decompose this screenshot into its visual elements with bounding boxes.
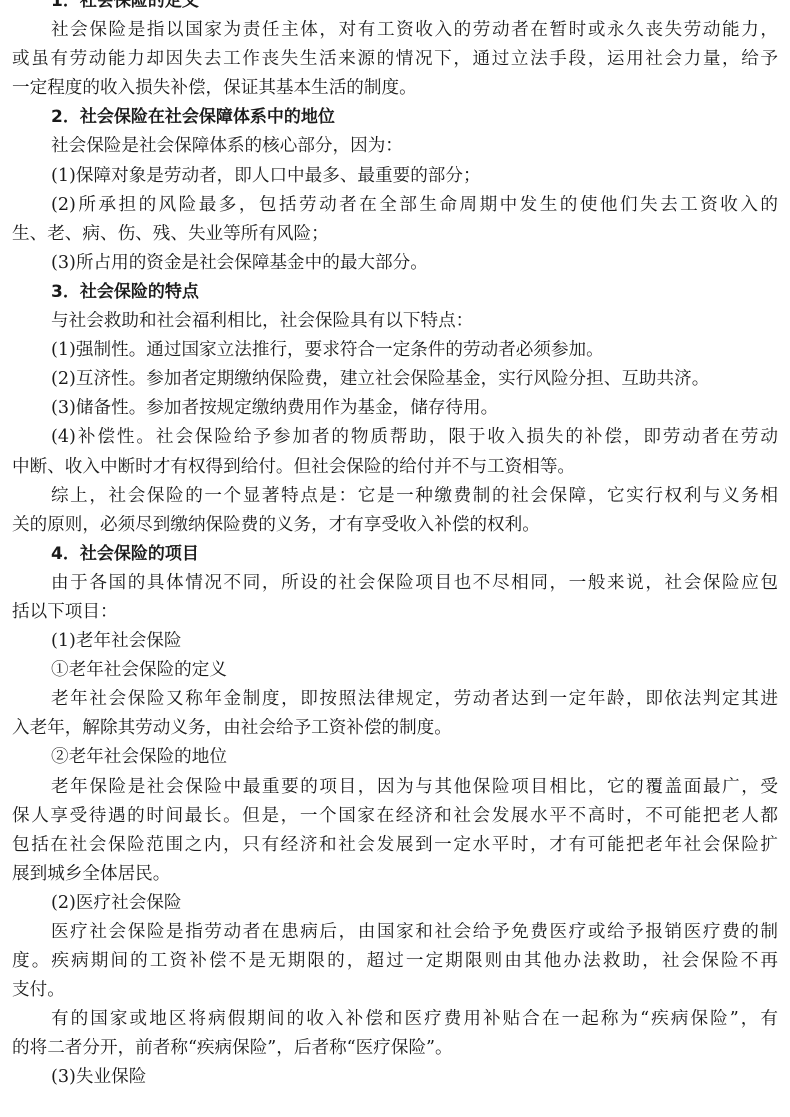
text-line: 与社会救助和社会福利相比，社会保险具有以下特点： [0,307,790,336]
paragraph-line: 度。疾病期间的工资补偿不是无期限的，超过一定期限则由其他办法救助，社会保险不再 [0,947,790,976]
paragraph-line: 入老年，解除其劳动义务，由社会给予工资补偿的制度。 [0,714,790,743]
text-line: (3)所占用的资金是社会保障基金中的最大部分。 [0,249,790,278]
paragraph-line: (2)所承担的风险最多，包括劳动者在全部生命周期中发生的使他们失去工资收入的 [0,191,790,220]
text-line: (3)储备性。参加者按规定缴纳费用作为基金，储存待用。 [0,394,790,423]
paragraph-line: 的将二者分开，前者称“疾病保险”，后者称“医疗保险”。 [0,1034,790,1063]
paragraph-line: 一定程度的收入损失补偿，保证其基本生活的制度。 [0,74,790,103]
text-line: 社会保险是指以国家为责任主体，对有工资收入的劳动者在暂时或永久丧失劳动能力， [0,16,790,45]
paragraph-line: 括以下项目： [0,598,790,627]
text-line: 有的国家或地区将病假期间的收入补偿和医疗费用补贴合在一起称为“疾病保险”，有 [0,1005,790,1034]
subheading-line: ①老年社会保险的定义 [0,656,790,685]
subheading-line: (1)老年社会保险 [0,627,790,656]
text-line: (2)互济性。参加者定期缴纳保险费，建立社会保险基金，实行风险分担、互助共济。 [0,365,790,394]
section-heading: 4．社会保险的项目 [0,540,790,569]
paragraph-line: (1)保障对象是劳动者，即人口中最多、最重要的部分； [0,162,790,191]
paragraph-line: 与社会救助和社会福利相比，社会保险具有以下特点： [0,307,790,336]
text-line: ①老年社会保险的定义 [0,656,790,685]
paragraph-line: (2)互济性。参加者定期缴纳保险费，建立社会保险基金，实行风险分担、互助共济。 [0,365,790,394]
text-line: (1)保障对象是劳动者，即人口中最多、最重要的部分； [0,162,790,191]
text-line: (1)老年社会保险 [0,627,790,656]
paragraph-line: (4)补偿性。社会保险给予参加者的物质帮助，限于收入损失的补偿，即劳动者在劳动 [0,423,790,452]
text-line: (3)失业保险 [0,1063,790,1092]
paragraph-line: 或虽有劳动能力却因失去工作丧失生活来源的情况下，通过立法手段，运用社会力量，给予 [0,45,790,74]
paragraph-line: 生、老、病、伤、残、失业等所有风险； [0,220,790,249]
text-line: 一定程度的收入损失补偿，保证其基本生活的制度。 [0,74,790,103]
text-line: 由于各国的具体情况不同，所设的社会保险项目也不尽相同，一般来说，社会保险应包 [0,569,790,598]
text-line: 社会保险是社会保障体系的核心部分，因为： [0,132,790,161]
paragraph-line: 展到城乡全体居民。 [0,860,790,889]
text-line: (4)补偿性。社会保险给予参加者的物质帮助，限于收入损失的补偿，即劳动者在劳动 [0,423,790,452]
section-heading: 1．社会保险的定义 [0,0,790,16]
text-line: ②老年社会保险的地位 [0,743,790,772]
paragraph-line: 综上，社会保险的一个显著特点是：它是一种缴费制的社会保障，它实行权利与义务相 [0,482,790,511]
paragraph-line: 中断、收入中断时才有权得到给付。但社会保险的给付并不与工资相等。 [0,453,790,482]
text-line: 入老年，解除其劳动义务，由社会给予工资补偿的制度。 [0,714,790,743]
document-page: 1．社会保险的定义 社会保险是指以国家为责任主体，对有工资收入的劳动者在暂时或永… [0,0,790,1093]
paragraph-line: (3)所占用的资金是社会保障基金中的最大部分。 [0,249,790,278]
paragraph-line: 老年社会保险又称年金制度，即按照法律规定，劳动者达到一定年龄，即依法判定其进 [0,685,790,714]
section-heading: 3．社会保险的特点 [0,278,790,307]
subheading-line: ②老年社会保险的地位 [0,743,790,772]
section-heading: 2．社会保险在社会保障体系中的地位 [0,103,790,132]
paragraph-line: 老年保险是社会保险中最重要的项目，因为与其他保险项目相比，它的覆盖面最广，受 [0,773,790,802]
paragraph-line: 医疗社会保险是指劳动者在患病后，由国家和社会给予免费医疗或给予报销医疗费的制 [0,918,790,947]
text-line: (2)所承担的风险最多，包括劳动者在全部生命周期中发生的使他们失去工资收入的 [0,191,790,220]
paragraph-line: 关的原则，必须尽到缴纳保险费的义务，才有享受收入补偿的权利。 [0,511,790,540]
paragraph-line: (1)强制性。通过国家立法推行，要求符合一定条件的劳动者必须参加。 [0,336,790,365]
text-line: 生、老、病、伤、残、失业等所有风险； [0,220,790,249]
paragraph-line: 社会保险是社会保障体系的核心部分，因为： [0,132,790,161]
paragraph-line: 支付。 [0,976,790,1005]
subheading-line: (2)医疗社会保险 [0,889,790,918]
text-line: 综上，社会保险的一个显著特点是：它是一种缴费制的社会保障，它实行权利与义务相 [0,482,790,511]
subheading-line: (3)失业保险 [0,1063,790,1092]
text-line: 医疗社会保险是指劳动者在患病后，由国家和社会给予免费医疗或给予报销医疗费的制 [0,918,790,947]
paragraph-line: 有的国家或地区将病假期间的收入补偿和医疗费用补贴合在一起称为“疾病保险”，有 [0,1005,790,1034]
text-line: 支付。 [0,976,790,1005]
text-line: (2)医疗社会保险 [0,889,790,918]
text-line: 展到城乡全体居民。 [0,860,790,889]
paragraph-line: 社会保险是指以国家为责任主体，对有工资收入的劳动者在暂时或永久丧失劳动能力， [0,16,790,45]
text-line: (1)强制性。通过国家立法推行，要求符合一定条件的劳动者必须参加。 [0,336,790,365]
text-line: 度。疾病期间的工资补偿不是无期限的，超过一定期限则由其他办法救助，社会保险不再 [0,947,790,976]
text-line: 或虽有劳动能力却因失去工作丧失生活来源的情况下，通过立法手段，运用社会力量，给予 [0,45,790,74]
paragraph-line: 保人享受待遇的时间最长。但是，一个国家在经济和社会发展水平不高时，不可能把老人都 [0,802,790,831]
text-line: 包括在社会保险范围之内，只有经济和社会发展到一定水平时，才有可能把老年社会保险扩 [0,831,790,860]
text-line: 括以下项目： [0,598,790,627]
paragraph-line: (3)储备性。参加者按规定缴纳费用作为基金，储存待用。 [0,394,790,423]
text-line: 中断、收入中断时才有权得到给付。但社会保险的给付并不与工资相等。 [0,453,790,482]
text-line: 的将二者分开，前者称“疾病保险”，后者称“医疗保险”。 [0,1034,790,1063]
paragraph-line: 包括在社会保险范围之内，只有经济和社会发展到一定水平时，才有可能把老年社会保险扩 [0,831,790,860]
text-line: 老年保险是社会保险中最重要的项目，因为与其他保险项目相比，它的覆盖面最广，受 [0,773,790,802]
text-line: 保人享受待遇的时间最长。但是，一个国家在经济和社会发展水平不高时，不可能把老人都 [0,802,790,831]
text-line: 关的原则，必须尽到缴纳保险费的义务，才有享受收入补偿的权利。 [0,511,790,540]
paragraph-line: 由于各国的具体情况不同，所设的社会保险项目也不尽相同，一般来说，社会保险应包 [0,569,790,598]
text-line: 老年社会保险又称年金制度，即按照法律规定，劳动者达到一定年龄，即依法判定其进 [0,685,790,714]
